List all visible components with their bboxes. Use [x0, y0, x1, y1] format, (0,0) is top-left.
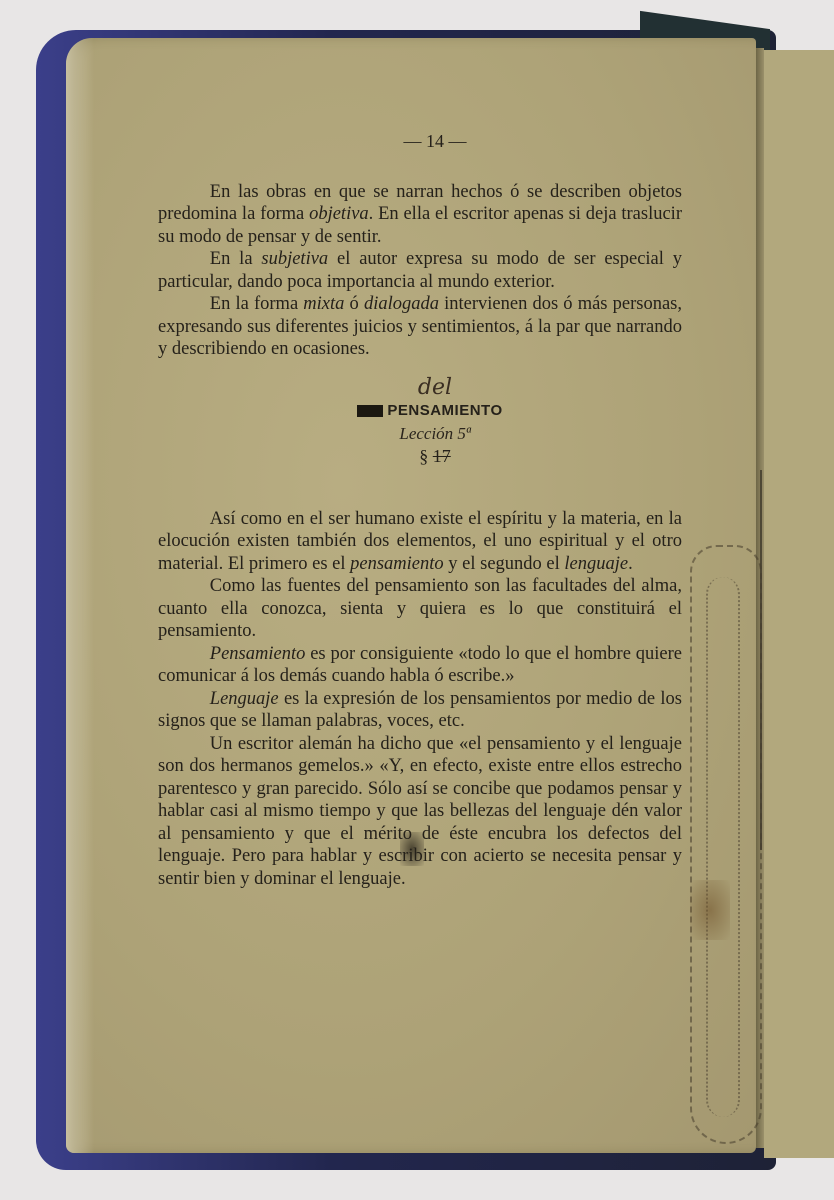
italic-term: lenguaje [564, 554, 628, 574]
paragraph: Así como en el ser humano existe el espí… [158, 508, 682, 576]
section-title: PENSAMIENTO [357, 400, 502, 423]
page-text: — 14 — En las obras en que se narran hec… [158, 130, 682, 890]
paragraph: En las obras en que se narran hechos ó s… [158, 181, 682, 249]
paragraph: Como las fuentes del pensamiento son las… [158, 575, 682, 643]
italic-term: mixta [303, 294, 344, 314]
paragraph: Pensamiento es por consiguiente «todo lo… [158, 643, 682, 688]
stain-mark [690, 880, 730, 940]
section-heading: del PENSAMIENTO Lección 5ª § 17 [158, 377, 682, 468]
right-page-edge [764, 50, 834, 1158]
bottom-paragraphs: Así como en el ser humano existe el espí… [158, 508, 682, 891]
top-paragraphs: En las obras en que se narran hechos ó s… [158, 181, 682, 361]
italic-term: Pensamiento [210, 644, 306, 664]
paragraph: Un escritor alemán ha dicho que «el pens… [158, 733, 682, 891]
paragraph: En la forma mixta ó dialogada interviene… [158, 293, 682, 361]
scribbled-out-word [357, 405, 383, 417]
italic-term: pensamiento [350, 554, 444, 574]
paragraph: En la subjetiva el autor expresa su modo… [158, 248, 682, 293]
italic-term: dialogada [364, 294, 439, 314]
italic-term: subjetiva [261, 249, 328, 269]
margin-doodle [690, 545, 762, 1144]
italic-term: Lenguaje [210, 689, 279, 709]
page-number: — 14 — [158, 130, 682, 153]
section-mark: § 17 [188, 445, 682, 468]
handwritten-insert: del [188, 377, 682, 400]
paragraph: Lenguaje es la expresión de los pensamie… [158, 688, 682, 733]
handwritten-lesson: Lección 5ª [188, 423, 682, 446]
italic-term: objetiva [309, 204, 369, 224]
